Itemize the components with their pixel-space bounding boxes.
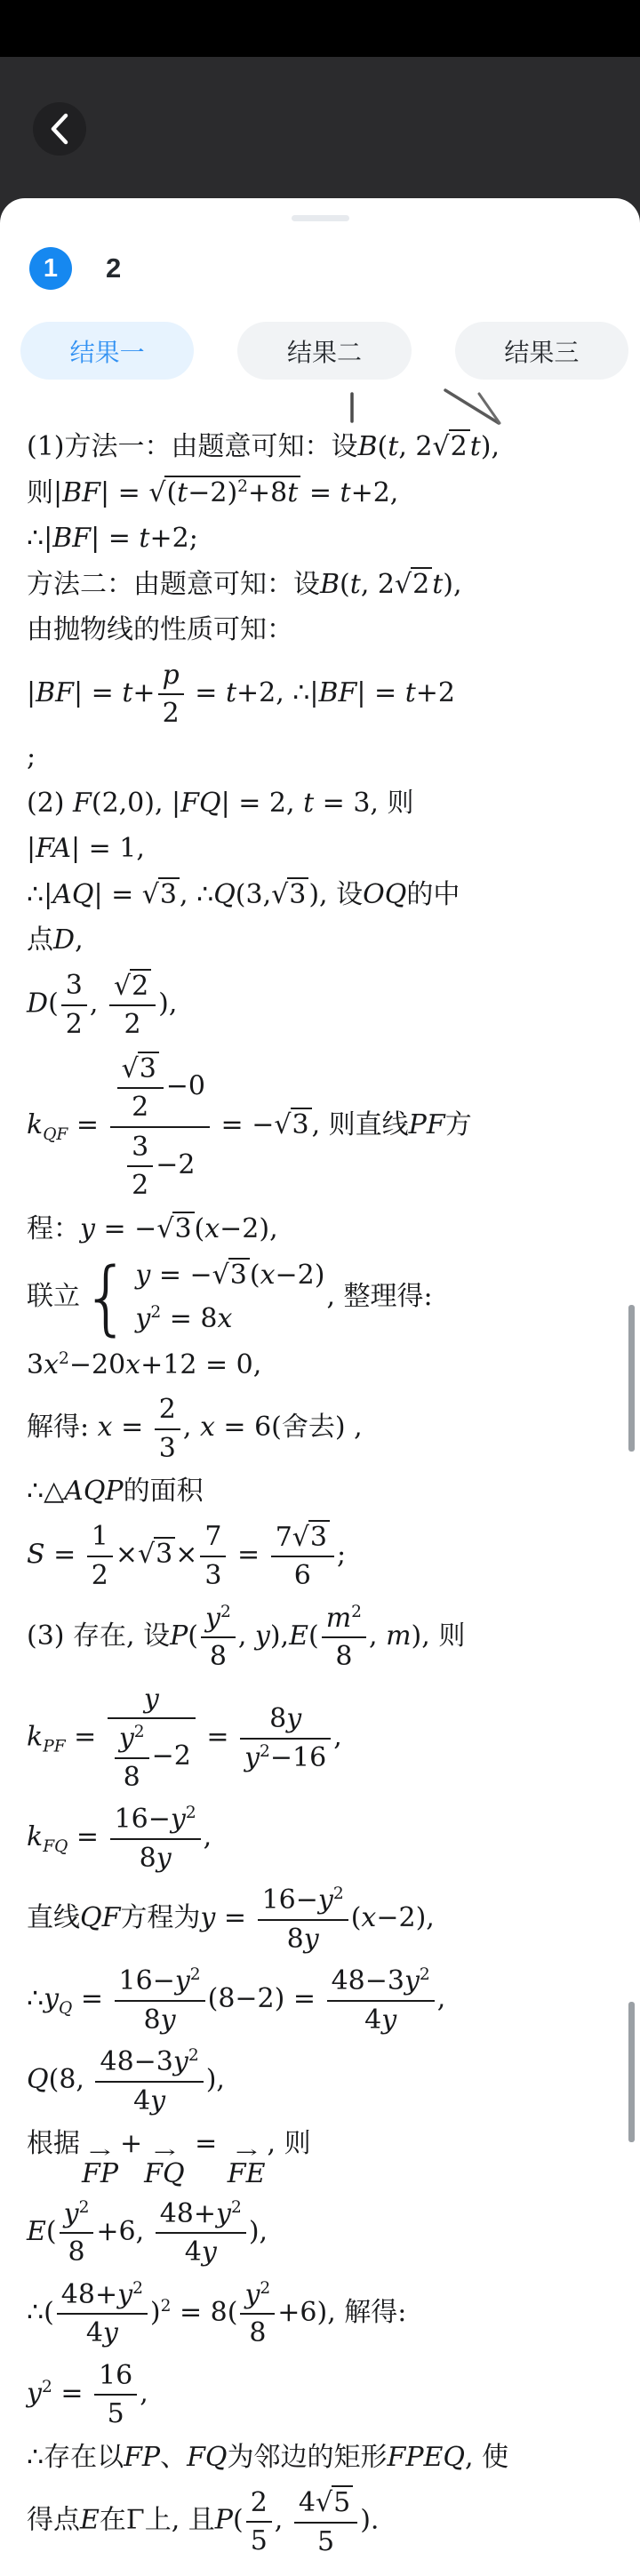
result-tabs: 结果一 结果二 结果三 bbox=[0, 322, 640, 380]
status-bar bbox=[0, 0, 640, 57]
solution-lines: (1)方法一：由题意可知：设B(t, 2√2t),则|BF| = √(t−2)2… bbox=[27, 428, 619, 2558]
math-line-10: ∴|AQ| = √3, ∴Q(3,√3), 设OQ的中 bbox=[27, 876, 619, 915]
math-line-24: ∴yQ = 16−y28y(8−2) = 48−3y24y, bbox=[27, 1964, 619, 2036]
math-line-1: (1)方法一：由题意可知：设B(t, 2√2t), bbox=[27, 428, 619, 467]
pen-annotation bbox=[0, 382, 640, 436]
drag-handle[interactable] bbox=[292, 215, 349, 221]
solution-content: (1)方法一：由题意可知：设B(t, 2√2t),则|BF| = √(t−2)2… bbox=[0, 428, 640, 2558]
math-line-30: ∴存在以FP、FQ为邻边的矩形FPEQ, 使 bbox=[27, 2439, 619, 2477]
math-line-20: (3) 存在, 设P(y28, y),E(m28, m), 则 bbox=[27, 1601, 619, 1674]
math-line-3: ∴|BF| = t+2; bbox=[27, 520, 619, 558]
back-button[interactable] bbox=[33, 102, 86, 156]
math-line-7: ; bbox=[27, 739, 619, 777]
math-line-25: Q(8, 48−3y24y), bbox=[27, 2044, 619, 2117]
math-line-14: 程：y = −√3(x−2), bbox=[27, 1211, 619, 1249]
math-line-12: D(32, √22), bbox=[27, 968, 619, 1042]
result-card: 1 2 结果一 结果二 结果三 (1)方法一：由题意可知：设B(t, 2√2t)… bbox=[0, 198, 640, 2576]
math-line-2: 则|BF| = √(t−2)2+8t = t+2, bbox=[27, 475, 619, 513]
step-indicator-1[interactable]: 1 bbox=[29, 247, 72, 290]
math-line-31: 得点E在Γ上, 且P(25, 4√55). bbox=[27, 2484, 619, 2558]
math-line-13: kQF = √32−032−2 = −√3, 则直线PF方 bbox=[27, 1050, 619, 1203]
tab-result-2[interactable]: 结果二 bbox=[237, 322, 411, 380]
math-line-4: 方法二：由题意可知：设B(t, 2√2t), bbox=[27, 566, 619, 604]
math-line-22: kFQ = 16−y28y, bbox=[27, 1802, 619, 1875]
math-line-8: (2) F(2,0), |FQ| = 2, t = 3, 则 bbox=[27, 785, 619, 823]
math-line-27: E(y28+6, 48+y24y), bbox=[27, 2196, 619, 2269]
tab-result-3[interactable]: 结果三 bbox=[455, 322, 628, 380]
math-line-19: S = 12×√3×73 = 7√36; bbox=[27, 1519, 619, 1593]
step-indicator-2[interactable]: 2 bbox=[106, 252, 121, 284]
math-line-18: ∴△AQP的面积 bbox=[27, 1473, 619, 1511]
math-line-11: 点D, bbox=[27, 922, 619, 960]
scrollbar-thumb[interactable] bbox=[628, 1305, 635, 1452]
math-line-28: ∴(48+y24y)2 = 8(y28+6), 解得: bbox=[27, 2277, 619, 2350]
math-line-26: 根据→FP+→FQ = →FE, 则 bbox=[27, 2125, 619, 2188]
math-line-9: |FA| = 1, bbox=[27, 830, 619, 868]
math-line-21: kPF = yy28−2 = 8yy2−16, bbox=[27, 1682, 619, 1795]
math-line-17: 解得: x = 23, x = 6(舍去) , bbox=[27, 1392, 619, 1465]
math-line-29: y2 = 165, bbox=[27, 2358, 619, 2431]
step-indicator: 1 2 bbox=[29, 247, 640, 290]
scrollbar-thumb[interactable] bbox=[628, 2002, 635, 2142]
math-line-5: 由抛物线的性质可知： bbox=[27, 612, 619, 650]
header bbox=[0, 57, 640, 199]
math-line-15: 联立{y = −√3(x−2)y2 = 8x, 整理得: bbox=[27, 1257, 619, 1339]
tab-result-1[interactable]: 结果一 bbox=[20, 322, 194, 380]
chevron-left-icon bbox=[48, 111, 71, 147]
math-line-23: 直线QF方程为y = 16−y28y(x−2), bbox=[27, 1883, 619, 1956]
math-line-6: |BF| = t+p2 = t+2, ∴|BF| = t+2 bbox=[27, 658, 619, 731]
math-line-16: 3x2−20x+12 = 0, bbox=[27, 1347, 619, 1385]
